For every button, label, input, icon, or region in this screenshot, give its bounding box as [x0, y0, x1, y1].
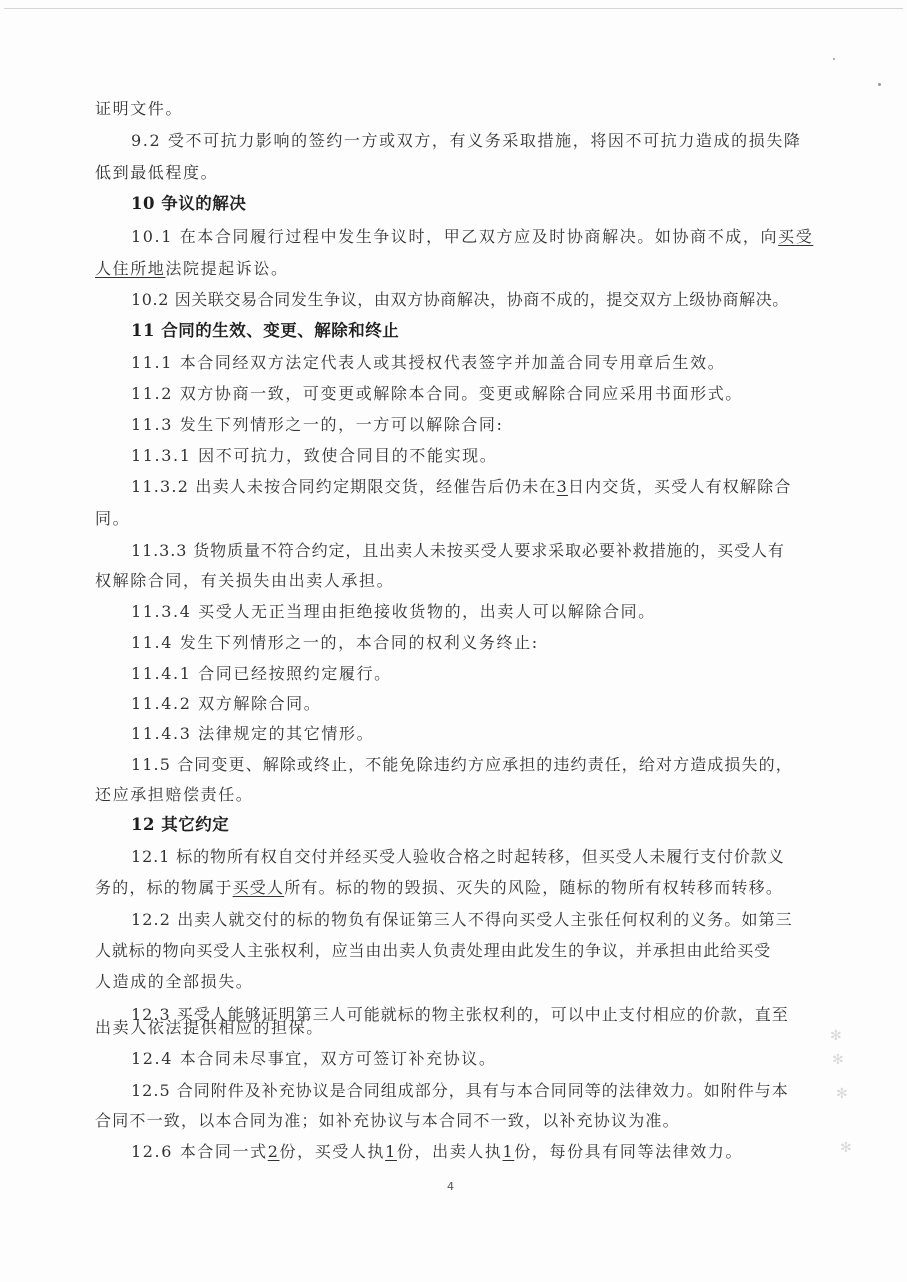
clause-text: 所有。标的物的毁损、灭失的风险，随标的物所有权转移而转移。: [284, 878, 783, 897]
filled-blank: 2: [268, 1142, 280, 1161]
paragraph-line: 出卖人依法提供相应的担保。: [95, 1017, 835, 1039]
paragraph-line: 合同不一致，以本合同为准；如补充协议与本合同不一致，以补充协议为准。: [95, 1110, 835, 1132]
filled-blank: 1: [503, 1142, 515, 1161]
clause-text: 法院提起诉讼。: [165, 259, 288, 278]
clause-12-6: 12.6 本合同一式2份，买受人执1份，出卖人执1份，每份具有同等法律效力。: [131, 1141, 835, 1163]
clause-11-1: 11.1 本合同经双方法定代表人或其授权代表签字并加盖合同专用章后生效。: [131, 352, 835, 374]
page-number: 4: [447, 1180, 454, 1193]
filled-blank: 1: [385, 1142, 397, 1161]
seal-stamp-mark: ✻: [836, 1086, 848, 1102]
seal-stamp-mark: ✻: [832, 1052, 844, 1068]
clause-10-2: 10.2 因关联交易合同发生争议，由双方协商解决，协商不成的，提交双方上级协商解…: [131, 289, 835, 311]
section-heading-10: 10 争议的解决: [131, 193, 835, 215]
clause-text: 份，每份具有同等法律效力。: [514, 1142, 743, 1161]
clause-11-5: 11.5 合同变更、解除或终止，不能免除违约方应承担的违约责任，给对方造成损失的…: [131, 754, 835, 776]
clause-text: 日内交货，买受人有权解除合: [568, 477, 792, 496]
clause-text: 份，买受人执: [280, 1142, 386, 1161]
section-heading-12: 12 其它约定: [131, 814, 835, 836]
paragraph-line: 务的，标的物属于买受人所有。标的物的毁损、灭失的风险，随标的物所有权转移而转移。: [95, 877, 835, 899]
paragraph-line: 证明文件。: [95, 98, 835, 120]
filled-blank: 买受: [778, 227, 813, 246]
paragraph-line: 人就标的物向买受人主张权利，应当由出卖人负责处理由此发生的争议，并承担由此给买受: [95, 940, 835, 962]
clause-text: 份，出卖人执: [397, 1142, 503, 1161]
scan-speck: [878, 83, 881, 86]
clause-12-1: 12.1 标的物所有权自交付并经买受人验收合格之时起转移，但买受人未履行支付价款…: [131, 846, 835, 868]
paragraph-line: 权解除合同，有关损失由出卖人承担。: [95, 570, 835, 592]
clause-11-3-1: 11.3.1 因不可抗力，致使合同目的不能实现。: [131, 445, 835, 467]
clause-11-4-1: 11.4.1 合同已经按照约定履行。: [131, 663, 835, 685]
clause-11-2: 11.2 双方协商一致，可变更或解除本合同。变更或解除合同应采用书面形式。: [131, 383, 835, 405]
clause-11-3-3: 11.3.3 货物质量不符合约定，且出卖人未按买受人要求采取必要补救措施的，买受…: [131, 540, 835, 562]
seal-stamp-mark: ✻: [830, 1028, 842, 1044]
clause-12-4: 12.4 本合同未尽事宜，双方可签订补充协议。: [131, 1048, 835, 1070]
clause-11-4-3: 11.4.3 法律规定的其它情形。: [131, 723, 835, 745]
clause-11-4-2: 11.4.2 双方解除合同。: [131, 693, 835, 715]
paragraph-line: 低到最低程度。: [95, 162, 835, 184]
filled-blank: 3: [557, 477, 568, 496]
clause-10-1: 10.1 在本合同履行过程中发生争议时，甲乙双方应及时协商解决。如协商不成，向买…: [131, 226, 835, 248]
clause-11-3-2: 11.3.2 出卖人未按合同约定期限交货，经催告后仍未在3日内交货，买受人有权解…: [131, 476, 835, 498]
seal-stamp-mark: ✻: [840, 1140, 852, 1156]
filled-blank: 买受人: [233, 878, 285, 897]
clause-text: 务的，标的物属于: [95, 878, 233, 897]
paragraph-line: 同。: [95, 508, 835, 530]
document-page: 证明文件。 9.2 受不可抗力影响的签约一方或双方，有义务采取措施，将因不可抗力…: [0, 0, 907, 1282]
clause-11-3-4: 11.3.4 买受人无正当理由拒绝接收货物的，出卖人可以解除合同。: [131, 601, 835, 623]
clause-12-2: 12.2 出卖人就交付的标的物负有保证第三人不得向买受人主张任何权利的义务。如第…: [131, 909, 835, 931]
paragraph-line: 人住所地法院提起诉讼。: [95, 258, 835, 280]
section-heading-11: 11 合同的生效、变更、解除和终止: [131, 320, 835, 342]
clause-text: 12.6 本合同一式: [131, 1142, 268, 1161]
scan-edge-line: [4, 8, 903, 9]
clause-11-3: 11.3 发生下列情形之一的，一方可以解除合同:: [131, 414, 835, 436]
clause-text: 11.3.2 出卖人未按合同约定期限交货，经催告后仍未在: [131, 477, 557, 496]
clause-11-4: 11.4 发生下列情形之一的，本合同的权利义务终止:: [131, 632, 835, 654]
filled-blank: 人住所地: [95, 259, 165, 278]
clause-text: 10.1 在本合同履行过程中发生争议时，甲乙双方应及时协商解决。如协商不成，向: [131, 227, 778, 246]
scan-speck: [833, 58, 835, 60]
paragraph-line: 还应承担赔偿责任。: [95, 784, 835, 806]
clause-12-5: 12.5 合同附件及补充协议是合同组成部分，具有与本合同同等的法律效力。如附件与…: [131, 1080, 835, 1102]
paragraph-line: 人造成的全部损失。: [95, 971, 835, 993]
clause-9-2: 9.2 受不可抗力影响的签约一方或双方，有义务采取措施，将因不可抗力造成的损失降: [131, 130, 835, 152]
